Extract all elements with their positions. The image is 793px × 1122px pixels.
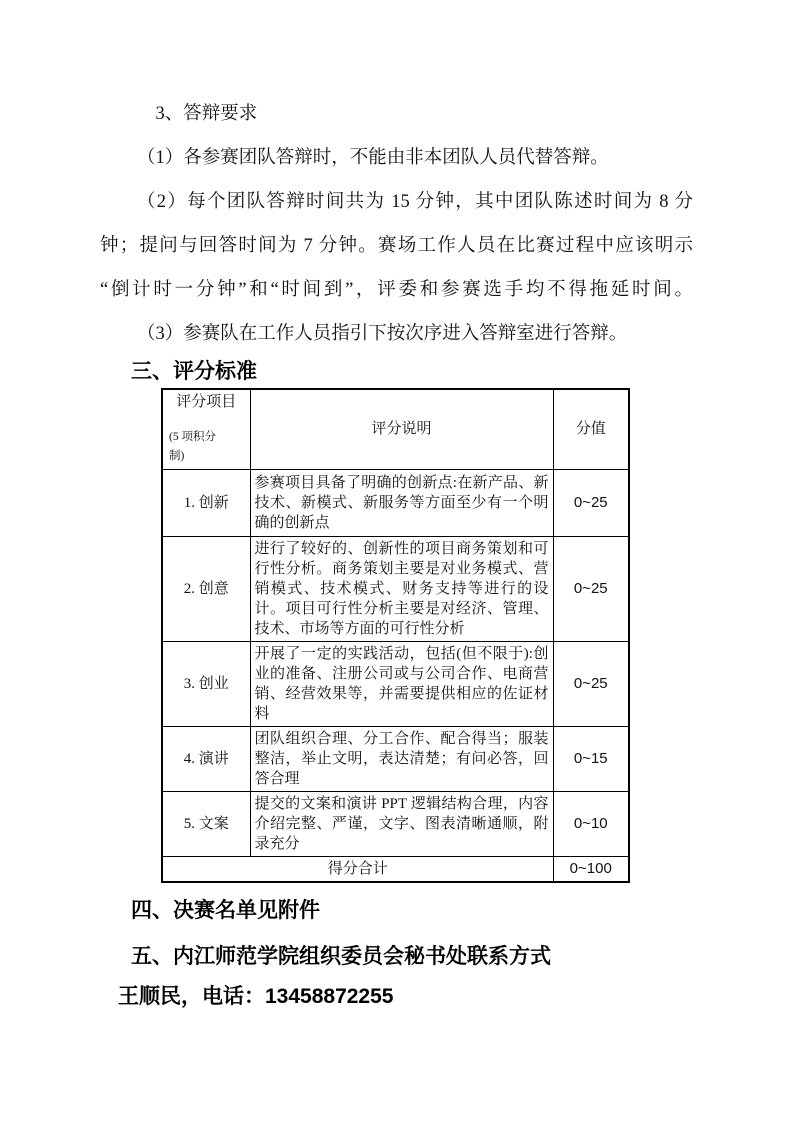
scoring-table-header-row: 评分项目 (5 项积分制) 评分说明 分值 [162,389,629,469]
table-row-entrepreneurship: 3. 创业 开展了一定的实践活动，包括(但不限于):创业的准备、注册公司或与公司… [162,641,629,726]
defense-item-2-line-1: （2）每个团队答辩时间共为 15 分钟，其中团队陈述时间为 8 分 [100,180,693,224]
header-cell-score: 分值 [553,389,629,469]
defense-section-heading: 3、答辩要求 [100,92,693,136]
row-description: 进行了较好的、创新性的项目商务策划和可行性分析。商务策划主要是对业务模式、营销模… [250,536,553,641]
row-item-label: 3. 创业 [162,641,250,726]
finalists-section-heading: 四、决赛名单见附件 [100,897,693,925]
table-row-innovation: 1. 创新 参赛项目具备了明确的创新点:在新产品、新技术、新模式、新服务等方面至… [162,469,629,536]
scoring-table: 评分项目 (5 项积分制) 评分说明 分值 1. 创新 参赛项目具备了明确的创新… [161,388,630,883]
row-score: 0~15 [553,726,629,791]
table-total-row: 得分合计 0~100 [162,856,629,882]
table-row-presentation: 4. 演讲 团队组织合理、分工合作、配合得当；服装整洁，举止文明，表达清楚；有问… [162,726,629,791]
header-cell-description: 评分说明 [250,389,553,469]
row-description: 参赛项目具备了明确的创新点:在新产品、新技术、新模式、新服务等方面至少有一个明确… [250,469,553,536]
row-score: 0~25 [553,641,629,726]
defense-item-2: （2）每个团队答辩时间共为 15 分钟，其中团队陈述时间为 8 分 钟；提问与回… [100,180,693,312]
row-description: 提交的文案和演讲 PPT 逻辑结构合理，内容介绍完整、严谨，文字、图表清晰通顺，… [250,791,553,856]
header-item-note: (5 项积分制) [167,428,231,466]
total-score: 0~100 [553,856,629,882]
table-row-creativity: 2. 创意 进行了较好的、创新性的项目商务策划和可行性分析。商务策划主要是对业务… [162,536,629,641]
row-item-label: 2. 创意 [162,536,250,641]
header-cell-item: 评分项目 (5 项积分制) [162,389,250,469]
contact-phone-line: 王顺民，电话：13458872255 [100,983,693,1011]
row-score: 0~25 [553,469,629,536]
row-item-label: 4. 演讲 [162,726,250,791]
table-row-document: 5. 文案 提交的文案和演讲 PPT 逻辑结构合理，内容介绍完整、严谨，文字、图… [162,791,629,856]
header-item-label: 评分项目 [167,392,246,412]
defense-item-3: （3）参赛队在工作人员指引下按次序进入答辩室进行答辩。 [100,312,693,356]
row-score: 0~10 [553,791,629,856]
defense-item-2-line-2: 钟；提问与回答时间为 7 分钟。赛场工作人员在比赛过程中应该明示 [100,224,693,268]
row-item-label: 1. 创新 [162,469,250,536]
row-item-label: 5. 文案 [162,791,250,856]
defense-item-1: （1）各参赛团队答辩时，不能由非本团队人员代替答辩。 [100,136,693,180]
total-label: 得分合计 [162,856,553,882]
row-description: 团队组织合理、分工合作、配合得当；服装整洁，举止文明，表达清楚；有问必答，回答合… [250,726,553,791]
defense-item-2-line-3: “倒计时一分钟”和“时间到”，评委和参赛选手均不得拖延时间。 [100,268,693,312]
scoring-section-heading: 三、评分标准 [100,356,693,388]
row-description: 开展了一定的实践活动，包括(但不限于):创业的准备、注册公司或与公司合作、电商营… [250,641,553,726]
contact-section-heading: 五、内江师范学院组织委员会秘书处联系方式 [100,943,693,971]
row-score: 0~25 [553,536,629,641]
document-page: 3、答辩要求 （1）各参赛团队答辩时，不能由非本团队人员代替答辩。 （2）每个团… [0,0,793,1122]
